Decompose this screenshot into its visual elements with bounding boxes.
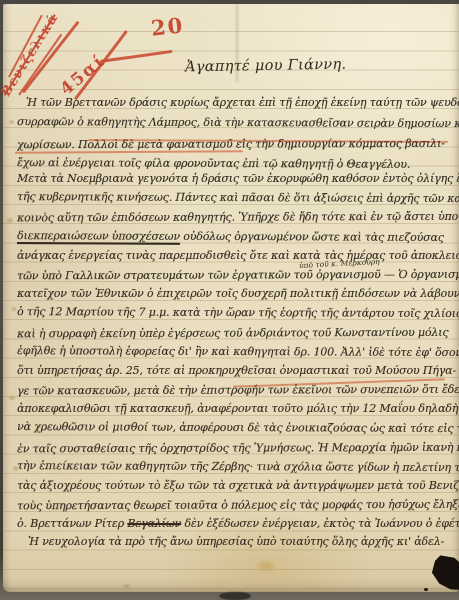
line-text: κοινὸς αὕτη τῶν ἐπιδόσεων καθηγητής. Ὑπῆ…	[17, 210, 459, 225]
handwritten-line: ἐφῆλθε ἡ ὑποστολὴ ἐφορείας δι' ἣν καὶ κα…	[17, 344, 459, 365]
foxing-stain	[12, 307, 16, 311]
line-text: ὅτι ὑπηρετήσας ἀρ. 25, τότε αἱ προκηρυχθ…	[17, 364, 456, 377]
line-text: ὁ. Βρεττάνων Ρίτερ	[17, 517, 127, 530]
body-paragraph: Ἡ νευχολογία τὰ πρὸ τῆς ἄνω ὑπηρεσίας ὑπ…	[17, 535, 459, 554]
handwritten-line: ἀνάγκας ἐνεργείας τινὰς παρεμποδισθεὶς ὅ…	[17, 249, 459, 268]
line-text: τὴν ἐπιείκειαν τῶν καθηγητῶν τῆς Ζέρβης·…	[17, 459, 459, 474]
handwritten-line: διεκπεραιώσεων ὑποσχέσεων οὐδόλως ὀργανω…	[17, 229, 459, 250]
body-paragraph: Ἡ τῶν Βρεττανῶν δράσις κυρίως ἄρχεται ἐπ…	[17, 96, 459, 178]
handwritten-line: ὁ. Βρεττάνων Ρίτερ Βεγαλίων δὲν ἐξέδωσεν…	[17, 517, 459, 536]
handwritten-line: ἐν ταῖς συσταθείσαις τῆς ὀρχηστρίδος τῆς…	[17, 440, 459, 461]
line-text: τῆς κυβερνητικῆς κινήσεως. Πάντες καὶ πᾶ…	[17, 190, 459, 205]
handwritten-line: νὰ χρεωθῶσιν οἱ μισθοί των, ἀποφέρουσι δ…	[17, 420, 459, 441]
handwritten-line: ὁ τῆς 12 Μαρτίου τῆς 7 μ.μ. κατὰ τὴν ὥρα…	[17, 305, 459, 326]
red-fraction-note: 45αί	[57, 50, 110, 99]
handwritten-line: τοὺς ὑπηρετήσαντας θεωρεῖ τοιαῦτα ὁ πόλε…	[17, 498, 459, 519]
handwritten-line: Ἡ νευχολογία τὰ πρὸ τῆς ἄνω ὑπηρεσίας ὑπ…	[17, 535, 459, 554]
ink-blot-dot	[424, 588, 428, 591]
line-text: καὶ ἡ συρραφὴ ἐκείνη ὑπὲρ ἐγέρσεως τοῦ ἀ…	[17, 325, 448, 340]
handwritten-line: τῶν ὑπὸ Γαλλικῶν στρατευμάτων τῶν ἐργατι…	[17, 268, 459, 289]
line-text: τῶν ὑπὸ Γαλλικῶν στρατευμάτων τῶν ἐργατι…	[17, 268, 459, 283]
line-text: Ἡ νευχολογία τὰ πρὸ τῆς ἄνω ὑπηρεσίας ὑπ…	[28, 535, 444, 548]
handwritten-line: τὰς ἀξιοχρέους τούτων τὸ ἔξω τῶν τὰ σχετ…	[17, 479, 459, 498]
handwritten-line: τὴν ἐπιείκειαν τῶν καθηγητῶν τῆς Ζέρβης·…	[17, 459, 459, 480]
body-paragraph: Μετὰ τὰ Νοεμβριανὰ γεγονότα ἡ δράσις τῶν…	[17, 172, 459, 537]
handwritten-line: χωρίσεων. Πολλοὶ δὲ μετὰ φανατισμοῦ εἰς …	[17, 137, 459, 159]
line-text: ὁ τῆς 12 Μαρτίου τῆς 7 μ.μ. κατὰ τὴν ὥρα…	[17, 305, 459, 320]
line-text: δὲν ἐξέδωσεν ἐνέργειαν, ἐκτὸς τὰ Ἰωάννου…	[181, 517, 459, 530]
red-grade-number: 20	[150, 12, 186, 40]
underlined-phrase: διεκπεραιώσεων ὑποσχέσεων	[17, 229, 180, 243]
line-text: ἀνάγκας ἐνεργείας τινὰς παρεμποδισθεὶς ὅ…	[17, 249, 459, 262]
line-text: χωρίσεων. Πολλοὶ δὲ μετὰ φανατισμοῦ εἰς …	[17, 137, 445, 151]
handwritten-line: τῆς κυβερνητικῆς κινήσεως. Πάντες καὶ πᾶ…	[17, 190, 459, 211]
foxing-stain	[123, 584, 130, 588]
line-text: τὰς ἀξιοχρέους τούτων τὸ ἔξω τῶν τὰ σχετ…	[17, 479, 459, 492]
handwritten-line: Μετὰ τὰ Νοεμβριανὰ γεγονότα ἡ δράσις τῶν…	[17, 172, 459, 191]
line-text: γε τῶν κατασκευῶν, μετὰ δὲ τὴν ἐπιστροφή…	[17, 383, 459, 398]
foxing-stain	[9, 120, 14, 124]
foxing-stain	[9, 396, 15, 400]
foxing-stain	[7, 218, 13, 223]
line-text: ἐν ταῖς συσταθείσαις τῆς ὀρχηστρίδος τῆς…	[17, 440, 459, 455]
handwritten-line: Ἡ τῶν Βρεττανῶν δράσις κυρίως ἄρχεται ἐπ…	[17, 96, 459, 116]
line-text: συρραφῶν ὁ καθηγητὴς Λάμπρος, διὰ τὴν κα…	[17, 115, 459, 130]
line-text: Μετὰ τὰ Νοεμβριανὰ γεγονότα ἡ δράσις τῶν…	[17, 172, 459, 185]
ink-smudge	[219, 592, 251, 600]
handwritten-line: γε τῶν κατασκευῶν, μετὰ δὲ τὴν ἐπιστροφή…	[17, 383, 459, 404]
ink-blot	[431, 554, 459, 592]
handwritten-line: κοινὸς αὕτη τῶν ἐπιδόσεων καθηγητής. Ὑπῆ…	[17, 210, 459, 231]
line-text: νὰ χρεωθῶσιν οἱ μισθοί των, ἀποφέρουσι δ…	[17, 420, 459, 435]
line-text: Ἡ τῶν Βρεττανῶν δράσις κυρίως ἄρχεται ἐπ…	[26, 96, 459, 109]
line-text: κατεῖχον τῶν Ἐθνικῶν ὁ ἐπιχειρῶν τοῖς δυ…	[17, 287, 459, 300]
line-text: τοὺς ὑπηρετήσαντας θεωρεῖ τοιαῦτα ὁ πόλε…	[17, 498, 459, 513]
handwritten-line: συρραφῶν ὁ καθηγητὴς Λάμπρος, διὰ τὴν κα…	[17, 115, 459, 137]
line-text: ἔχων αἱ ἐνέργειαι τοῖς φίλα φρονοῦντας ἐ…	[17, 156, 410, 171]
line-text: ἐφῆλθε ἡ ὑποστολὴ ἐφορείας δι' ἣν καὶ κα…	[17, 344, 459, 359]
handwritten-line: ἀποκεφαλισθῶσι τῇ κατασκευῇ, ἀναφέρονται…	[17, 402, 459, 421]
struck-word: Βεγαλίων	[127, 517, 181, 530]
handwritten-line: καὶ ἡ συρραφὴ ἐκείνη ὑπὲρ ἐγέρσεως τοῦ ἀ…	[17, 325, 459, 346]
letter-page: Βενιζελικά 45αί 20 Ἀγαπητέ μου Γιάννη. Ἡ…	[3, 4, 459, 592]
handwritten-line: ὅτι ὑπηρετήσας ἀρ. 25, τότε αἱ προκηρυχθ…	[17, 364, 459, 383]
line-text: ἀποκεφαλισθῶσι τῇ κατασκευῇ, ἀναφέρονται…	[17, 402, 458, 415]
salutation: Ἀγαπητέ μου Γιάννη.	[185, 57, 347, 76]
line-text: οὐδόλως ὀργανωμένον ὥστε καὶ τὰς πιεζούσ…	[180, 229, 444, 243]
handwritten-line: κατεῖχον τῶν Ἐθνικῶν ὁ ἐπιχειρῶν τοῖς δυ…	[17, 287, 459, 306]
